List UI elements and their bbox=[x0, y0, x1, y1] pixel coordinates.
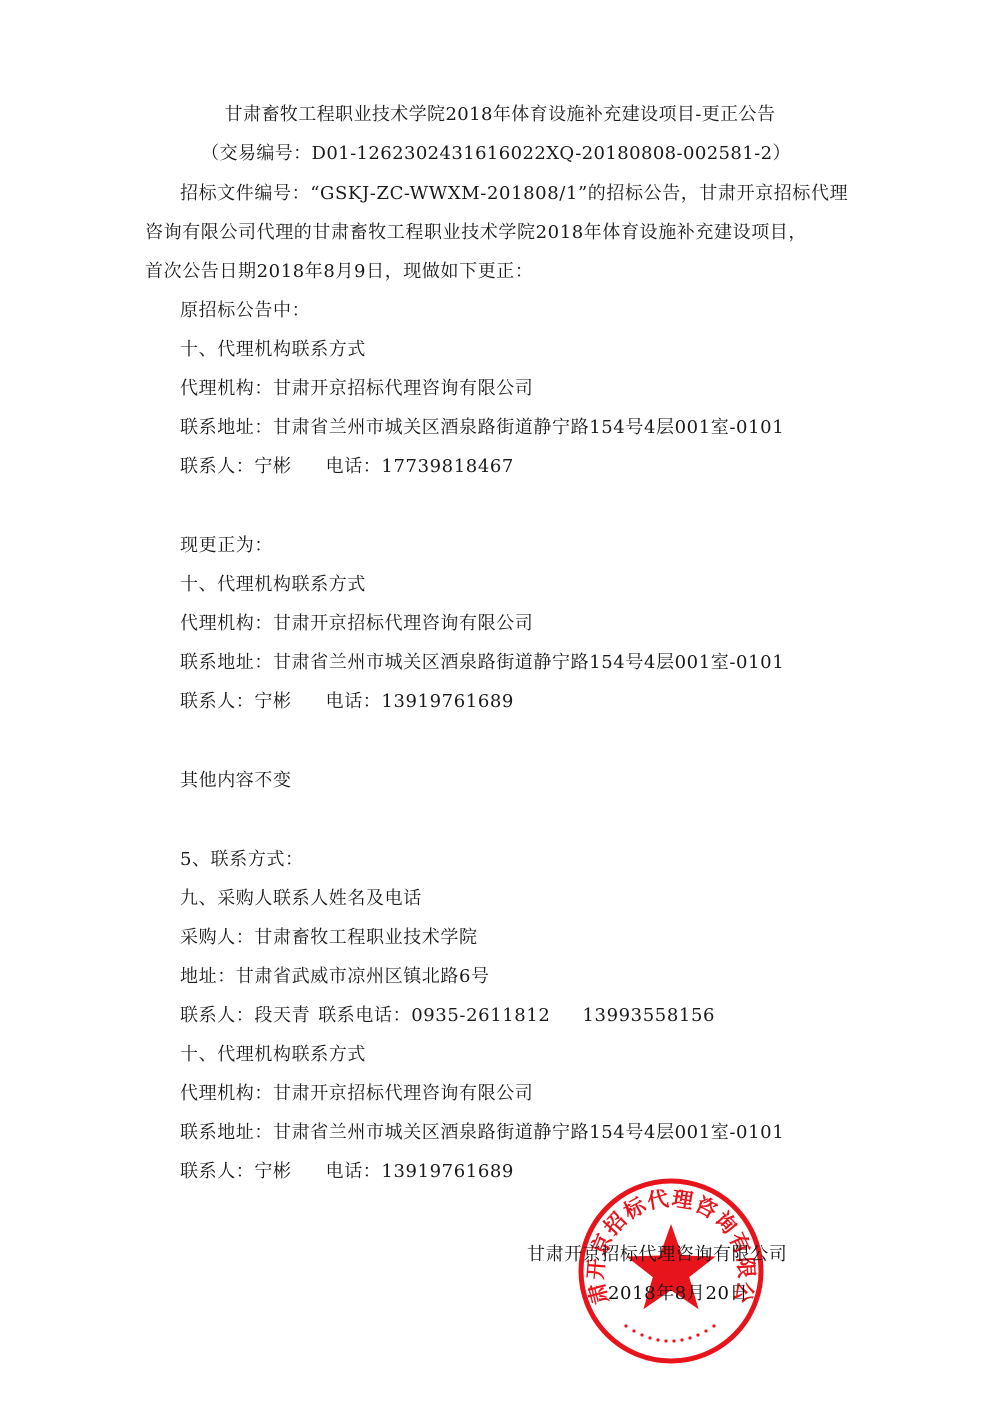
transaction-number: （交易编号：D01-1262302431616022XQ-20180808-00… bbox=[0, 142, 996, 166]
corrected-contact-row: 联系人：宁彬电话：13919761689 bbox=[180, 690, 514, 714]
document-page: 甘肃畜牧工程职业技术学院2018年体育设施补充建设项目-更正公告 （交易编号：D… bbox=[0, 0, 1000, 1414]
agency-section-title: 十、代理机构联系方式 bbox=[180, 1043, 366, 1067]
document-title: 甘肃畜牧工程职业技术学院2018年体育设施补充建设项目-更正公告 bbox=[0, 103, 1000, 127]
unchanged-note: 其他内容不变 bbox=[180, 769, 292, 793]
original-section-title: 十、代理机构联系方式 bbox=[180, 338, 366, 362]
original-heading: 原招标公告中： bbox=[180, 299, 310, 323]
agency-contact-row: 联系人：宁彬电话：13919761689 bbox=[180, 1160, 514, 1184]
agency-phone: 电话：13919761689 bbox=[326, 1161, 514, 1182]
corrected-agency: 代理机构：甘肃开京招标代理咨询有限公司 bbox=[180, 612, 533, 636]
corrected-phone: 电话：13919761689 bbox=[326, 691, 514, 712]
agency-contact-person: 联系人：宁彬 bbox=[180, 1161, 292, 1182]
corrected-section-title: 十、代理机构联系方式 bbox=[180, 573, 366, 597]
purchaser-section-title: 九、采购人联系人姓名及电话 bbox=[180, 887, 422, 911]
original-contact-person: 联系人：宁彬 bbox=[180, 456, 292, 477]
agency-address: 联系地址：甘肃省兰州市城关区酒泉路街道静宁路154号4层001室-0101 bbox=[180, 1121, 784, 1145]
corrected-contact-person: 联系人：宁彬 bbox=[180, 691, 292, 712]
original-phone: 电话：17739818467 bbox=[326, 456, 514, 477]
purchaser-phone: 联系电话：0935-2611812 bbox=[318, 1005, 550, 1026]
corrected-address: 联系地址：甘肃省兰州市城关区酒泉路街道静宁路154号4层001室-0101 bbox=[180, 651, 784, 675]
original-contact-row: 联系人：宁彬电话：17739818467 bbox=[180, 455, 514, 479]
seal-serial-marks bbox=[624, 1324, 715, 1342]
purchaser-name: 采购人：甘肃畜牧工程职业技术学院 bbox=[180, 926, 478, 950]
official-seal: 甘肃开京招标代理咨询有限公司 bbox=[576, 1176, 766, 1366]
purchaser-contact-person: 联系人：段天青 bbox=[180, 1005, 310, 1026]
signature-company: 甘肃开京招标代理咨询有限公司 bbox=[527, 1243, 787, 1267]
purchaser-mobile: 13993558156 bbox=[582, 1005, 715, 1026]
purchaser-contact-row: 联系人：段天青联系电话：0935-261181213993558156 bbox=[180, 1004, 715, 1028]
original-address: 联系地址：甘肃省兰州市城关区酒泉路街道静宁路154号4层001室-0101 bbox=[180, 416, 784, 440]
original-agency: 代理机构：甘肃开京招标代理咨询有限公司 bbox=[180, 377, 533, 401]
intro-line-1: 招标文件编号：“GSKJ-ZC-WWXM-201808/1”的招标公告，甘肃开京… bbox=[180, 182, 848, 206]
intro-line-3: 首次公告日期2018年8月9日，现做如下更正： bbox=[145, 260, 534, 284]
purchaser-address: 地址：甘肃省武威市凉州区镇北路6号 bbox=[180, 965, 490, 989]
corrected-heading: 现更正为： bbox=[180, 534, 273, 558]
agency-name: 代理机构：甘肃开京招标代理咨询有限公司 bbox=[180, 1082, 533, 1106]
contact-heading: 5、联系方式： bbox=[180, 848, 304, 872]
signature-date: 2018年8月20日 bbox=[608, 1282, 748, 1306]
intro-line-2: 咨询有限公司代理的甘肃畜牧工程职业技术学院2018年体育设施补充建设项目， bbox=[145, 221, 807, 245]
